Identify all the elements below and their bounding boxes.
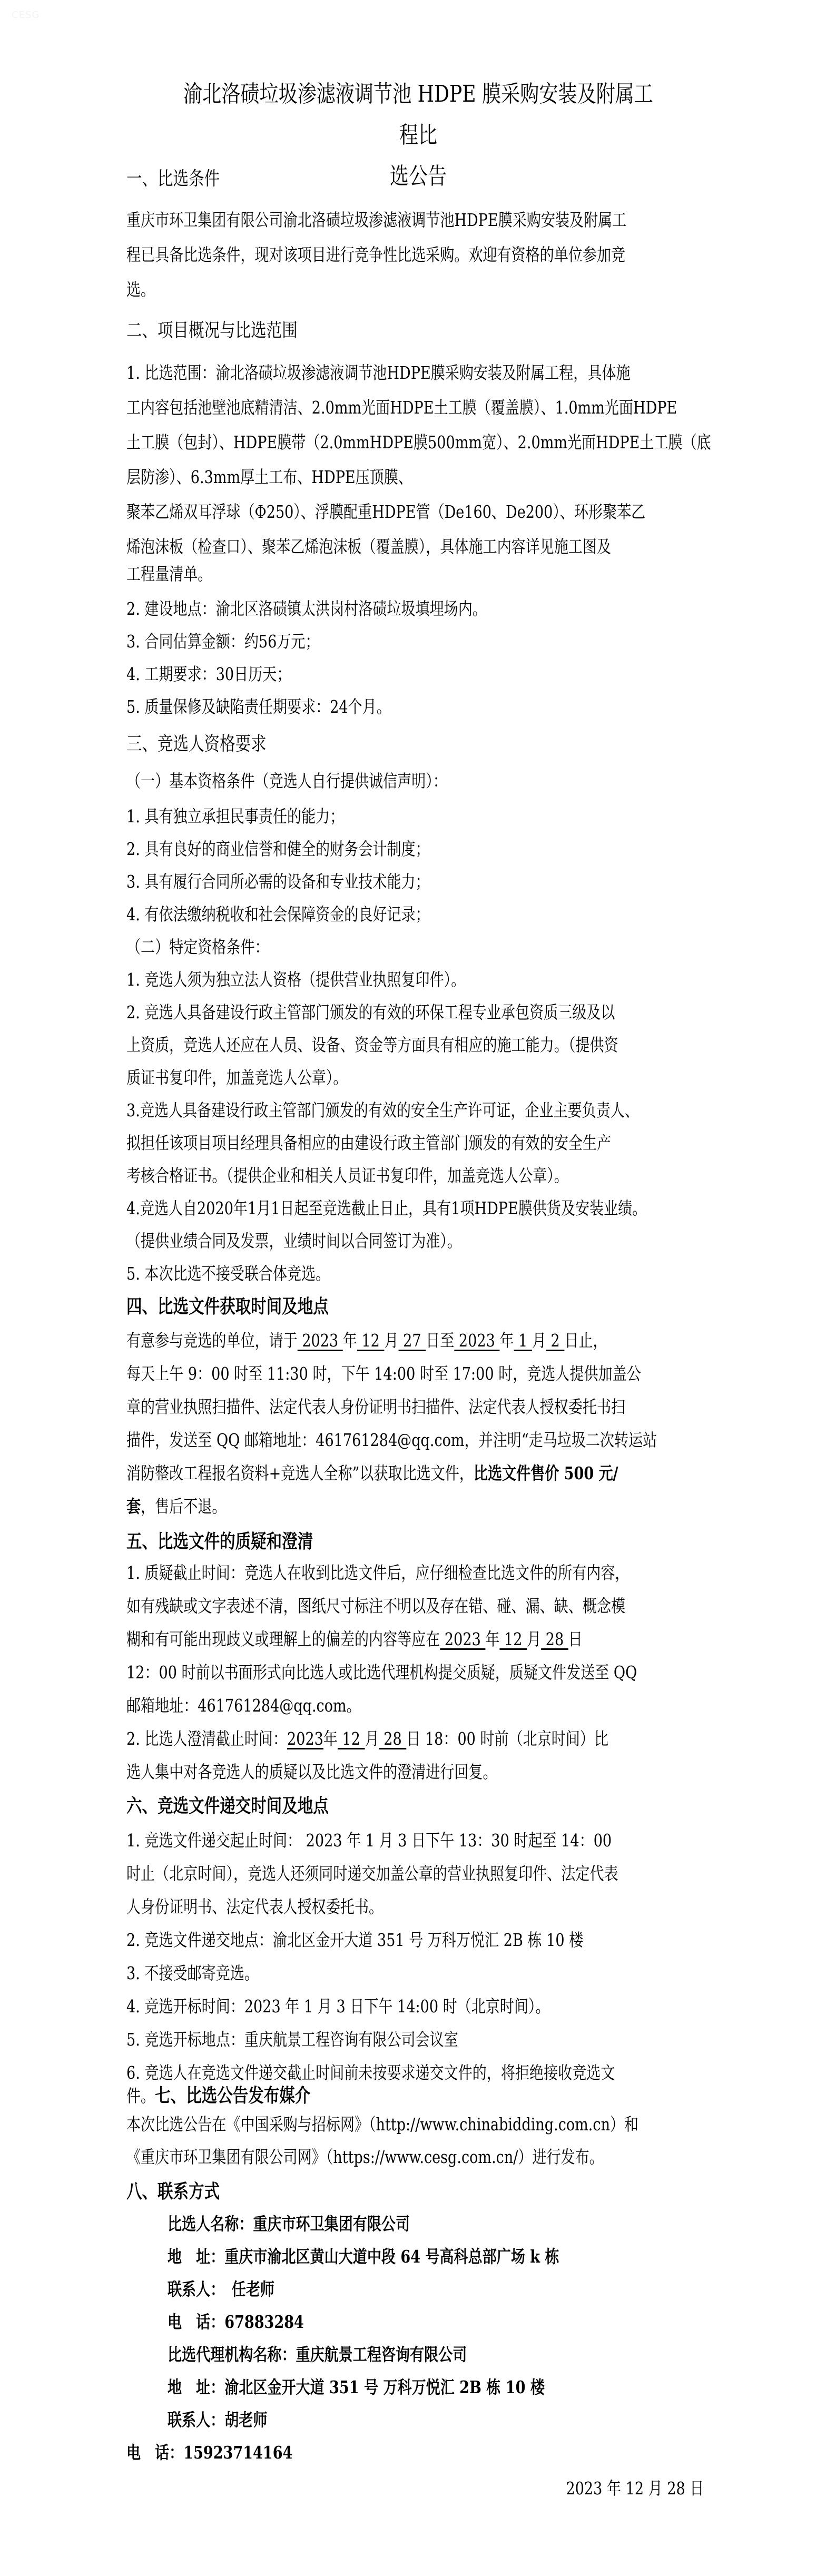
list-item: 3. 具有履行合同所必需的设备和专业技术能力； (126, 871, 430, 892)
paragraph-line: 层防渗）、6.3mm厚土工布、HDPE压顶膜、 (126, 467, 412, 488)
end-year: 2023 (454, 1330, 499, 1351)
paragraph-line: 工程量清单。 (126, 564, 212, 585)
list-item: 5. 本次比选不接受联合体竞选。 (126, 1263, 330, 1284)
start-day: 27 (399, 1330, 426, 1351)
text: 2. 比选人澄清截止时间： (126, 1728, 287, 1749)
contact-bidder-person: 联系人： 任老师 (168, 2279, 274, 2300)
section-heading-4: 四、比选文件获取时间及地点 (126, 1296, 329, 1317)
contact-agency-name: 比选代理机构名称：重庆航景工程咨询有限公司 (168, 2344, 467, 2365)
text: 月 (532, 1330, 546, 1351)
list-item: 3.竞选人具备建设行政主管部门颁发的有效的安全生产许可证，企业主要负责人、 (126, 1100, 639, 1121)
start-year: 2023 (298, 1330, 343, 1351)
text: 年 (499, 1330, 514, 1351)
section-heading-6: 六、竞选文件递交时间及地点 (126, 1795, 329, 1816)
contact-agency-address: 地 址：渝北区金开大道 351 号 万科万悦汇 2B 栋 10 楼 (168, 2377, 545, 2398)
section-heading-3: 三、竞选人资格要求 (126, 734, 267, 755)
document-price: 比选文件售价 500 元/ (474, 1463, 618, 1483)
document-title: 渝北洛碛垃圾渗滤液调节池 HDPE 膜采购安装及附属工程比 选公告 (179, 74, 658, 197)
list-item: 2. 竞选人具备建设行政主管部门颁发的有效的环保工程专业承包资质三级及以 (126, 1002, 615, 1023)
list-item: 4. 有依法缴纳税收和社会保障资金的良好记录； (126, 904, 430, 925)
paragraph-line: 章的营业执照扫描件、法定代表人身份证明书扫描件、法定代表人授权委托书扫 (126, 1397, 625, 1418)
paragraph-line: 时止（北京时间），竞选人还须同时递交加盖公章的营业执照复印件、法定代表 (126, 1863, 618, 1884)
text: 月 (385, 1330, 399, 1351)
list-item: 1. 竞选人须为独立法人资格（提供营业执照复印件）。 (126, 969, 465, 990)
contact-agency-person: 联系人：胡老师 (168, 2410, 267, 2431)
clarification-deadline-line: 2. 比选人澄清截止时间：2023年 12 月 28 日 18：00 时前（北京… (126, 1728, 608, 1749)
list-item: 3. 不接受邮寄竞选。 (126, 1963, 259, 1984)
list-item: 质证书复印件，加盖竞选人公章）。 (126, 1067, 347, 1088)
paragraph-line: 人身份证明书、法定代表人授权委托书。 (126, 1896, 383, 1918)
list-item: 2. 竞选文件递交地点：渝北区金开大道 351 号 万科万悦汇 2B 栋 10 … (126, 1930, 583, 1951)
query-year: 2023 (440, 1629, 485, 1649)
document-price-unit: 套 (126, 1496, 141, 1517)
section-heading-5: 五、比选文件的质疑和澄清 (126, 1531, 313, 1552)
text: 件。 (126, 2086, 155, 2106)
paragraph-line: 土工膜（包封）、HDPE膜带（2.0mmHDPE膜500mm宽）、2.0mm光面… (126, 432, 711, 453)
clarify-month: 12 (338, 1728, 365, 1749)
paragraph-line: 如有残缺或文字表述不清，图纸尺寸标注不明以及存在错、碰、漏、缺、概念模 (126, 1596, 625, 1617)
contact-agency-phone: 电 话：15923714164 (126, 2442, 292, 2463)
subheading: （二）特定资格条件： (126, 937, 269, 958)
paragraph-line: 工内容包括池壁池底精清洁、2.0mm光面HDPE土工膜（覆盖膜）、1.0mm光面… (126, 397, 677, 418)
list-item: 1. 竞选文件递交起止时间： 2023 年 1 月 3 日下午 13：30 时起… (126, 1830, 612, 1851)
list-item: 2. 具有良好的商业信誉和健全的财务会计制度； (126, 839, 430, 860)
text: 有意参与竞选的单位，请于 (126, 1330, 298, 1351)
end-month: 1 (514, 1330, 532, 1351)
contact-bidder-address: 地 址：重庆市渝北区黄山大道中段 64 号高科总部广场 k 栋 (168, 2246, 559, 2267)
query-day: 28 (541, 1629, 568, 1649)
acquisition-dates-line: 有意参与竞选的单位，请于 2023 年 12 月 27 日至 2023 年 1 … (126, 1330, 607, 1351)
list-item: （提供业绩合同及发票，业绩时间以合同签订为准）。 (126, 1231, 461, 1252)
paragraph-line: 每天上午 9：00 时至 11:30 时，下午 14:00 时至 17:00 时… (126, 1363, 641, 1384)
clarify-year: 2023 (287, 1728, 323, 1749)
text: 月 (365, 1728, 379, 1749)
subheading: （一）基本资格条件（竞选人自行提供诚信声明）： (126, 771, 447, 792)
paragraph-line: 选人集中对各竞选人的质疑以及比选文件的澄清进行回复。 (126, 1762, 497, 1783)
list-item: 2. 建设地点：渝北区洛碛镇太洪岗村洛碛垃圾填埋场内。 (126, 598, 487, 620)
list-item: 1. 具有独立承担民事责任的能力； (126, 806, 344, 827)
section-heading-1: 一、比选条件 (126, 169, 220, 190)
text: 糊和有可能出现歧义或理解上的偏差的内容等应在 (126, 1629, 440, 1649)
paragraph-line: 选。 (126, 279, 155, 300)
section-7-heading-line: 件。七、比选公告发布媒介 (126, 2085, 310, 2107)
price-line: 消防整改工程报名资料+竞选人全称”以获取比选文件，比选文件售价 500 元/ (126, 1463, 618, 1484)
query-deadline-line: 糊和有可能出现歧义或理解上的偏差的内容等应在 2023 年 12 月 28 日 (126, 1629, 583, 1650)
text: 年 (343, 1330, 357, 1351)
list-item: 上资质，竞选人还应在人员、设备、资金等方面具有相应的施工能力。（提供资 (126, 1035, 618, 1056)
text: 年 (485, 1629, 499, 1649)
list-item: 拟担任该项目项目经理具备相应的由建设行政主管部门颁发的有效的安全生产 (126, 1133, 611, 1154)
section-heading-7: 七、比选公告发布媒介 (155, 2085, 310, 2107)
text: 日 (568, 1629, 583, 1649)
paragraph-line: 程已具备比选条件，现对该项目进行竞争性比选采购。欢迎有资格的单位参加竞 (126, 244, 625, 266)
paragraph-line: 烯泡沫板（检查口）、聚苯乙烯泡沫板（覆盖膜），具体施工内容详见施工图及 (126, 536, 611, 557)
price-line-cont: 套，售后不退。 (126, 1496, 226, 1517)
start-month: 12 (357, 1330, 385, 1351)
list-item: 6. 竞选人在竞选文件递交截止时间前未按要求递交文件的，将拒绝接收竞选文 (126, 2062, 615, 2083)
text: 日至 (426, 1330, 454, 1351)
title-line-1: 渝北洛碛垃圾渗滤液调节池 HDPE 膜采购安装及附属工程比 (179, 74, 658, 156)
query-month: 12 (499, 1629, 527, 1649)
list-item: 1. 质疑截止时间：竞选人在收到比选文件后，应仔细检查比选文件的所有内容， (126, 1562, 629, 1584)
paragraph-line: 重庆市环卫集团有限公司渝北洛碛垃圾渗滤液调节池HDPE膜采购安装及附属工 (126, 210, 626, 231)
text: 日 18：00 时前（北京时间）比 (406, 1728, 608, 1749)
contact-bidder-phone: 电 话：67883284 (168, 2312, 304, 2333)
text: 年 (323, 1728, 338, 1749)
paragraph-line: 1. 比选范围：渝北洛碛垃圾渗滤液调节池HDPE膜采购安装及附属工程，具体施 (126, 362, 631, 384)
text: 月 (527, 1629, 541, 1649)
list-item: 考核合格证书。（提供企业和相关人员证书复印件，加盖竞选人公章）。 (126, 1165, 568, 1186)
text: ，售后不退。 (141, 1496, 226, 1517)
announcement-date: 2023 年 12 月 28 日 (566, 2478, 704, 2499)
title-line-2: 选公告 (179, 156, 658, 197)
list-item: 4.竞选人自2020年1月1日起至竞选截止日止，具有1项HDPE膜供货及安装业绩… (126, 1198, 646, 1219)
text: 日止， (564, 1330, 607, 1351)
end-day: 2 (546, 1330, 564, 1351)
list-item: 5. 质量保修及缺陷责任期要求：24个月。 (126, 696, 391, 717)
paragraph-line: 《重庆市环卫集团有限公司网》（https://www.cesg.com.cn/）… (126, 2147, 604, 2168)
paragraph-line: 12：00 时前以书面形式向比选人或比选代理机构提交质疑，质疑文件发送至 QQ (126, 1662, 637, 1683)
section-heading-8: 八、联系方式 (126, 2181, 220, 2202)
text: 消防整改工程报名资料+竞选人全称”以获取比选文件， (126, 1463, 474, 1483)
paragraph-line: 邮箱地址：461761284@qq.com。 (126, 1695, 361, 1716)
section-heading-2: 二、项目概况与比选范围 (126, 320, 298, 341)
paragraph-line: 描件，发送至 QQ 邮箱地址：461761284@qq.com，并注明“走马垃圾… (126, 1430, 657, 1451)
paragraph-line: 本次比选公告在《中国采购与招标网》（http://www.chinabiddin… (126, 2114, 638, 2135)
paragraph-line: 聚苯乙烯双耳浮球（Φ250）、浮膜配重HDPE管（De160、De200）、环形… (126, 502, 645, 523)
list-item: 4. 工期要求：30日历天； (126, 664, 291, 685)
contact-bidder-name: 比选人名称：重庆市环卫集团有限公司 (168, 2214, 410, 2235)
list-item: 5. 竞选开标地点：重庆航景工程咨询有限公司会议室 (126, 2029, 458, 2050)
list-item: 4. 竞选开标时间：2023 年 1 月 3 日下午 14:00 时（北京时间）… (126, 1996, 550, 2017)
watermark: CESG (12, 9, 40, 21)
clarify-day: 28 (379, 1728, 407, 1749)
list-item: 3. 合同估算金额：约56万元； (126, 631, 320, 652)
